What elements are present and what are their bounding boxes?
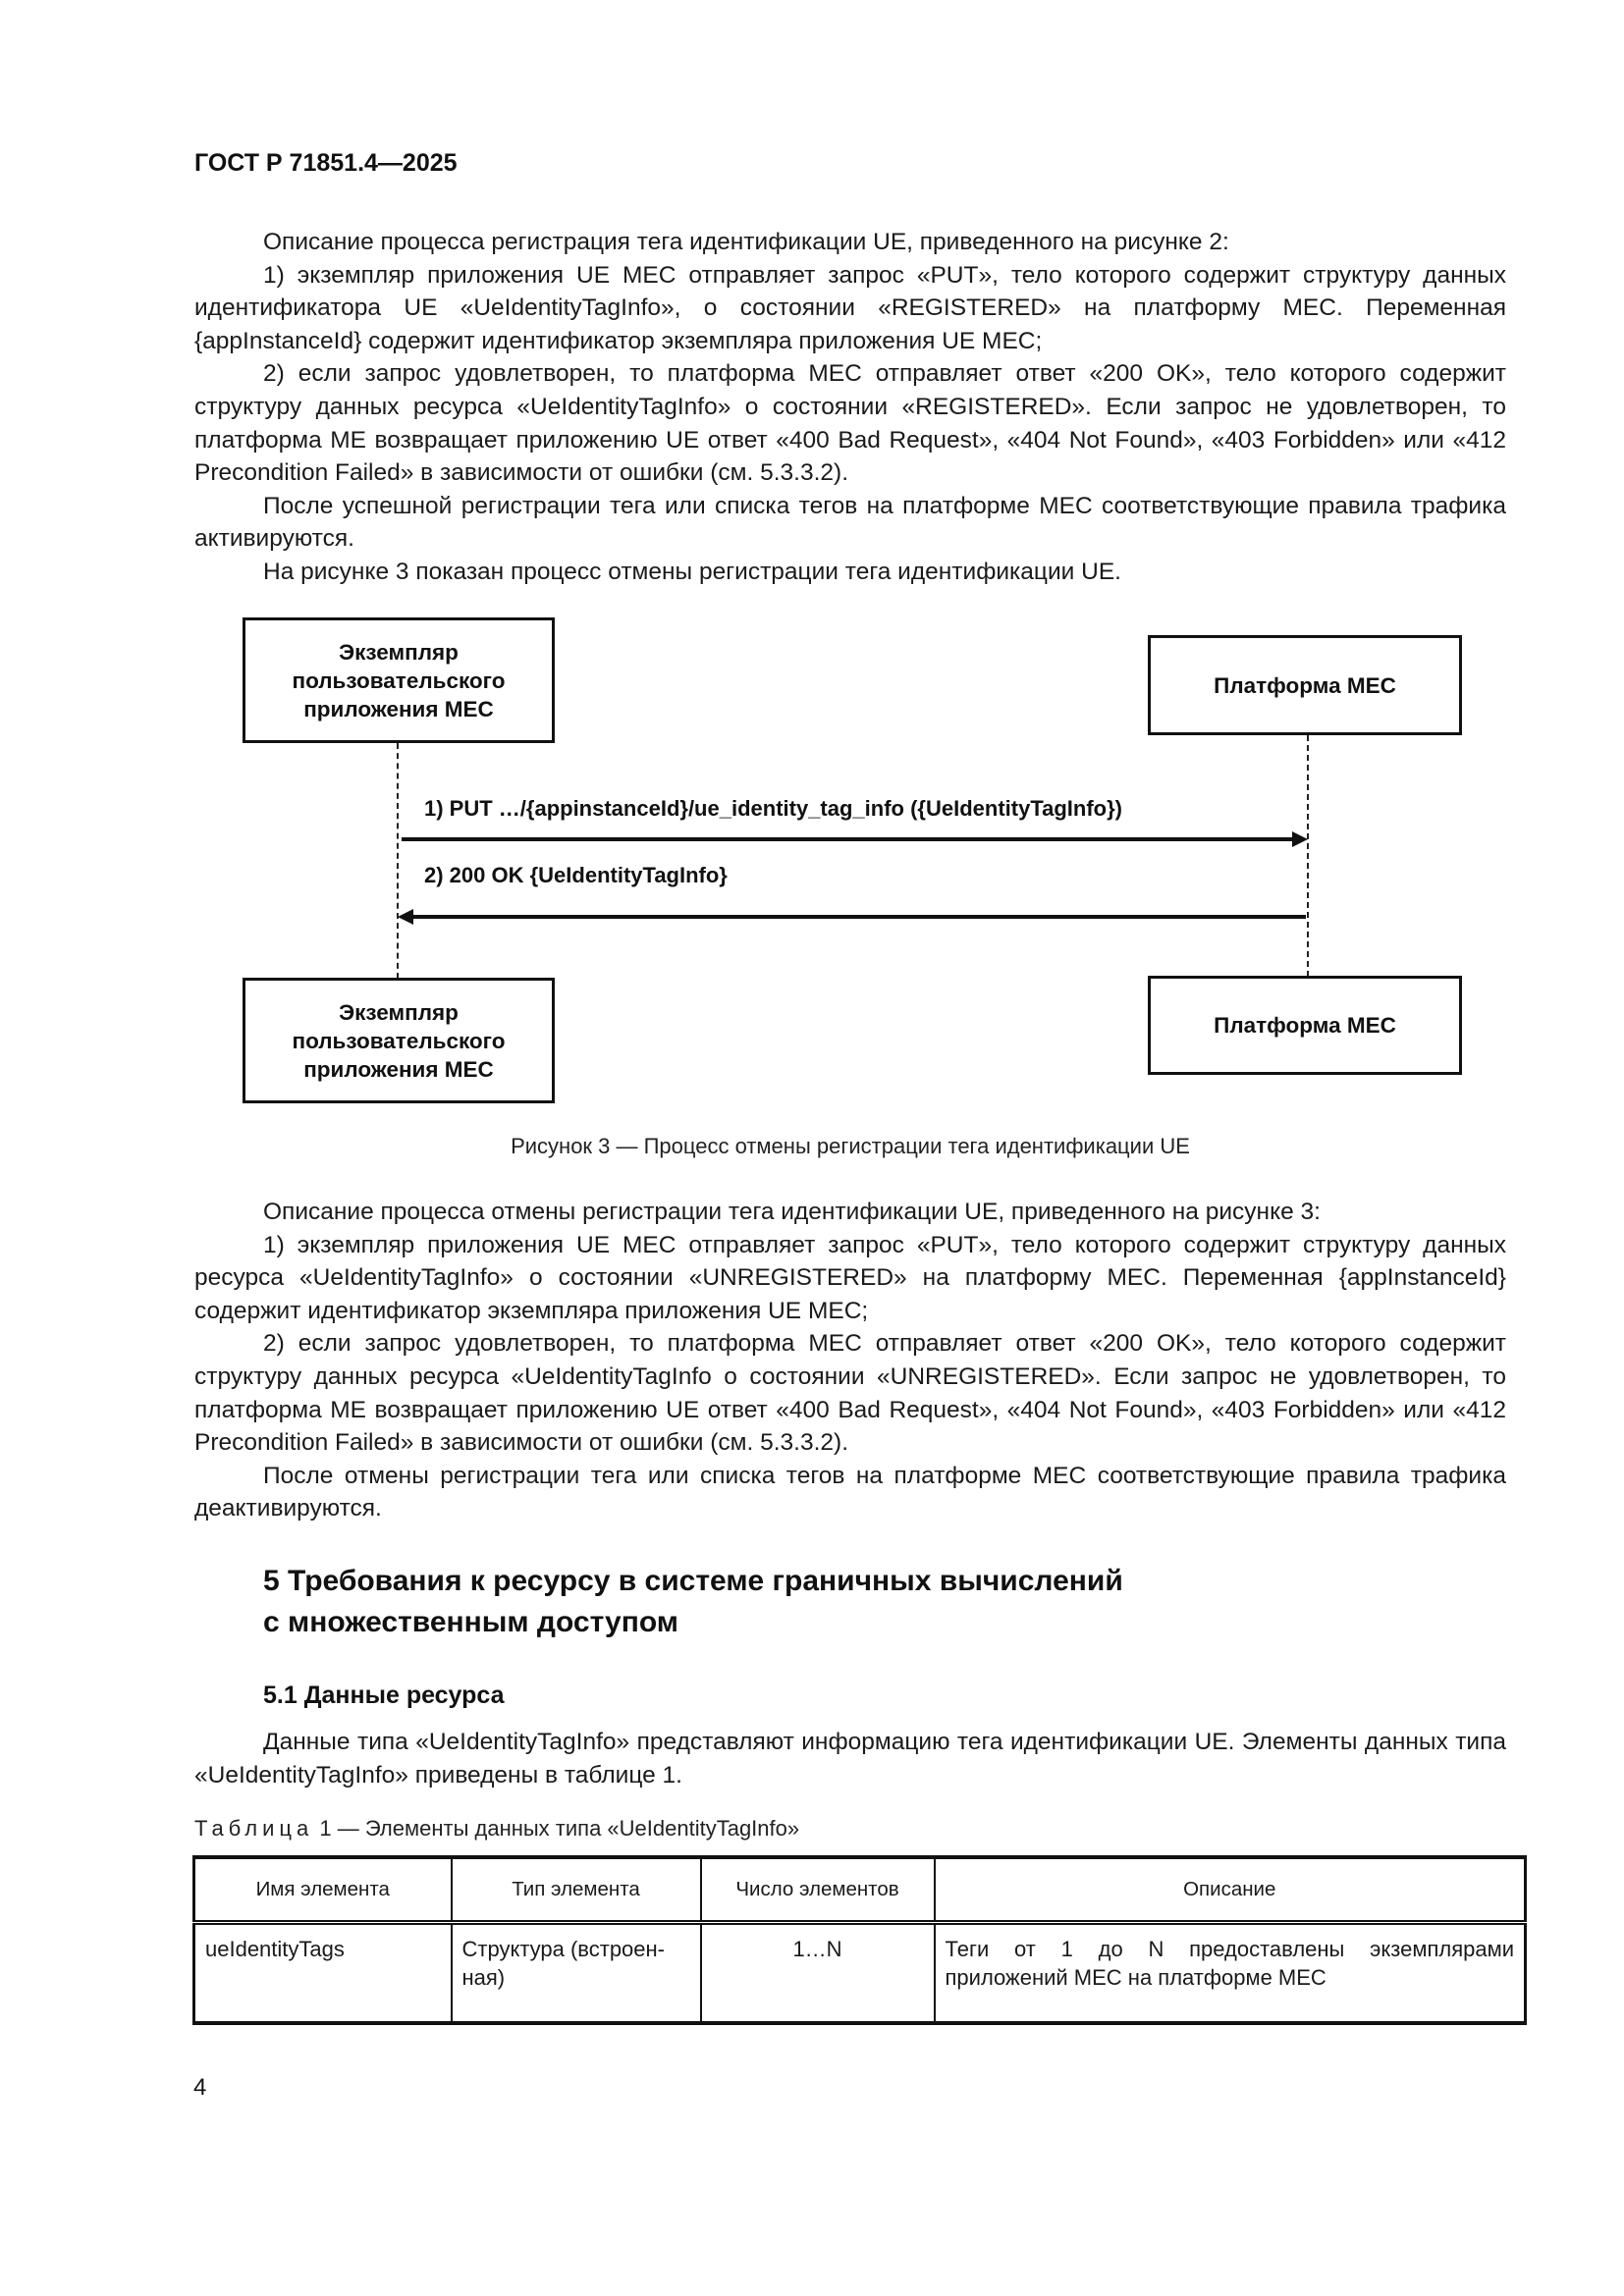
unregistration-description: Описание процесса отмены регистрации тег…: [194, 1196, 1506, 1525]
participant-app-top: Экземпляр пользовательского приложения M…: [243, 617, 555, 743]
participant-app-line: приложения MEC: [292, 1055, 505, 1084]
table-caption: Таблица 1 — Элементы данных типа «UeIden…: [194, 1816, 799, 1842]
registration-description: Описание процесса регистрация тега идент…: [194, 226, 1506, 589]
paragraph: 2) если запрос удовлетворен, то платформ…: [194, 1327, 1506, 1459]
section-5-1-heading: 5.1 Данные ресурса: [263, 1682, 505, 1710]
lifeline-app: [397, 743, 399, 979]
message-ok-arrow: [412, 915, 1306, 919]
table-row: ueIdentityTags Структура (встроен-ная) 1…: [194, 1923, 1526, 2024]
column-header: Имя элемента: [194, 1857, 452, 1923]
arrow-head-right-icon: [1292, 831, 1308, 847]
paragraph: Описание процесса отмены регистрации тег…: [194, 1196, 1506, 1229]
cell-element-name: ueIdentityTags: [194, 1923, 452, 2024]
column-header: Описание: [935, 1857, 1526, 1923]
paragraph: 1) экземпляр приложения UE MEC отправляе…: [194, 1229, 1506, 1328]
paragraph: После успешной регистрации тега или спис…: [194, 490, 1506, 556]
figure-caption: Рисунок 3 — Процесс отмены регистрации т…: [194, 1134, 1506, 1159]
participant-app-bottom: Экземпляр пользовательского приложения M…: [243, 978, 555, 1103]
cell-description: Теги от 1 до N предоставлены экземплярам…: [935, 1923, 1526, 2024]
section-5-heading-line: с множественным доступом: [263, 1602, 1123, 1643]
participant-app-line: Экземпляр: [292, 638, 505, 667]
participant-app-line: пользовательского: [292, 667, 505, 695]
message-put-arrow: [402, 837, 1293, 841]
paragraph: 2) если запрос удовлетворен, то платформ…: [194, 357, 1506, 489]
page-number: 4: [193, 2074, 206, 2102]
column-header: Тип элемента: [452, 1857, 701, 1923]
section-5-heading: 5 Требования к ресурсу в системе граничн…: [263, 1561, 1123, 1643]
resource-data-paragraph: Данные типа «UeIdentityTagInfo» представ…: [194, 1726, 1506, 1791]
participant-platform-label: Платформа MEC: [1214, 671, 1396, 700]
paragraph: После отмены регистрации тега или списка…: [194, 1460, 1506, 1525]
column-header: Число элементов: [701, 1857, 935, 1923]
table-caption-label: Таблица: [194, 1816, 313, 1841]
message-put-label: 1) PUT …/{appinstanceId}/ue_identity_tag…: [424, 796, 1122, 822]
message-ok-label: 2) 200 OK {UeIdentityTagInfo}: [424, 863, 728, 888]
paragraph: Описание процесса регистрация тега идент…: [194, 226, 1506, 259]
paragraph: Данные типа «UeIdentityTagInfo» представ…: [194, 1726, 1506, 1791]
paragraph: 1) экземпляр приложения UE MEC отправляе…: [194, 259, 1506, 358]
paragraph: На рисунке 3 показан процесс отмены реги…: [194, 556, 1506, 589]
table-caption-text: 1 — Элементы данных типа «UeIdentityTagI…: [313, 1816, 799, 1841]
participant-platform-top: Платформа MEC: [1148, 635, 1462, 735]
section-5-heading-line: 5 Требования к ресурсу в системе граничн…: [263, 1561, 1123, 1602]
participant-platform-label: Платформа MEC: [1214, 1011, 1396, 1040]
cell-element-type: Структура (встроен-ная): [452, 1923, 701, 2024]
participant-app-line: приложения MEC: [292, 695, 505, 723]
participant-app-line: пользовательского: [292, 1027, 505, 1055]
participant-platform-bottom: Платформа MEC: [1148, 976, 1462, 1075]
table-header-row: Имя элемента Тип элемента Число элементо…: [194, 1857, 1526, 1923]
participant-app-line: Экземпляр: [292, 998, 505, 1027]
cell-element-count: 1…N: [701, 1923, 935, 2024]
arrow-head-left-icon: [398, 909, 413, 925]
data-elements-table: Имя элемента Тип элемента Число элементо…: [192, 1855, 1527, 2025]
lifeline-platform: [1307, 735, 1309, 977]
document-header-id: ГОСТ Р 71851.4—2025: [194, 149, 458, 178]
